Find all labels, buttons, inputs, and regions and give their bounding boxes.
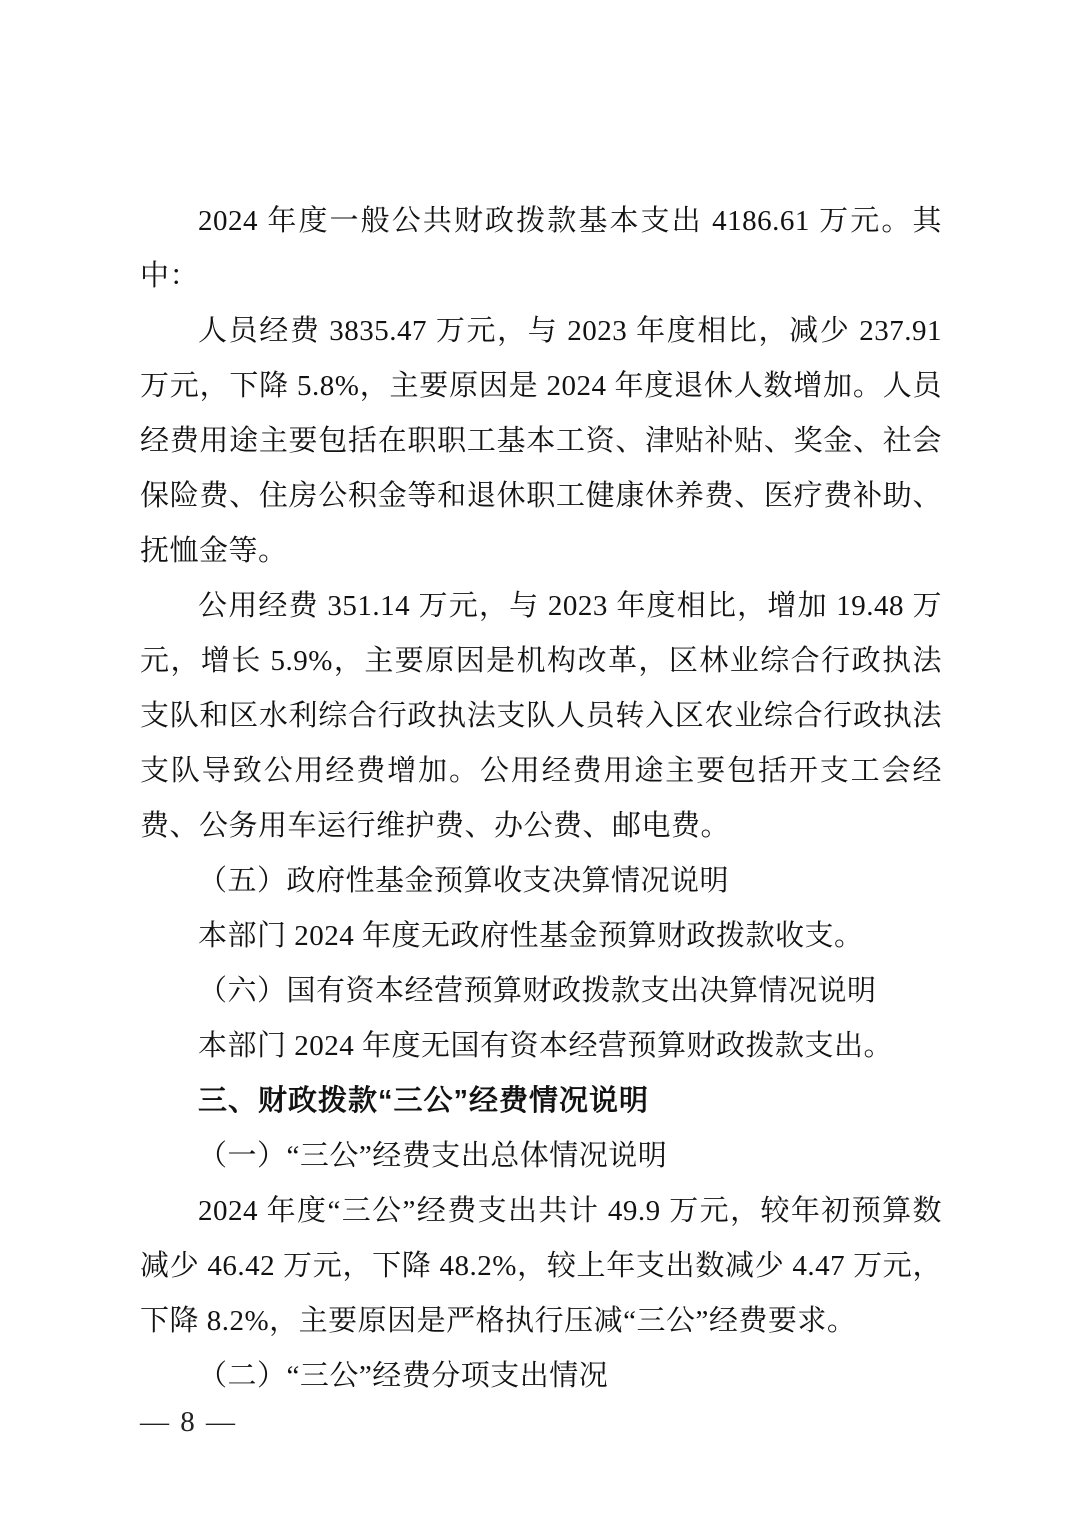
para-basic-expenditure-total: 2024 年度一般公共财政拨款基本支出 4186.61 万元。其中：: [140, 194, 942, 304]
para-three-public-funds-total: 2024 年度“三公”经费支出共计 49.9 万元，较年初预算数减少 46.42…: [140, 1184, 942, 1349]
document-page: 2024 年度一般公共财政拨款基本支出 4186.61 万元。其中： 人员经费 …: [0, 0, 1074, 1520]
heading-section-five-gov-fund-budget: （五）政府性基金预算收支决算情况说明: [140, 854, 942, 909]
heading-section-six-state-capital-budget: （六）国有资本经营预算财政拨款支出决算情况说明: [140, 964, 942, 1019]
para-section-six-body: 本部门 2024 年度无国有资本经营预算财政拨款支出。: [140, 1019, 942, 1074]
heading-subsection-two-itemized: （二）“三公”经费分项支出情况: [140, 1349, 942, 1404]
para-public-expenses: 公用经费 351.14 万元，与 2023 年度相比，增加 19.48 万元，增…: [140, 579, 942, 854]
document-body: 2024 年度一般公共财政拨款基本支出 4186.61 万元。其中： 人员经费 …: [140, 194, 942, 1404]
para-section-five-body: 本部门 2024 年度无政府性基金预算财政拨款收支。: [140, 909, 942, 964]
heading-chapter-three-public-funds: 三、财政拨款“三公”经费情况说明: [140, 1074, 942, 1129]
para-personnel-expenses: 人员经费 3835.47 万元，与 2023 年度相比，减少 237.91 万元…: [140, 304, 942, 579]
heading-subsection-one-overall: （一）“三公”经费支出总体情况说明: [140, 1129, 942, 1184]
page-number: — 8 —: [140, 1402, 237, 1442]
